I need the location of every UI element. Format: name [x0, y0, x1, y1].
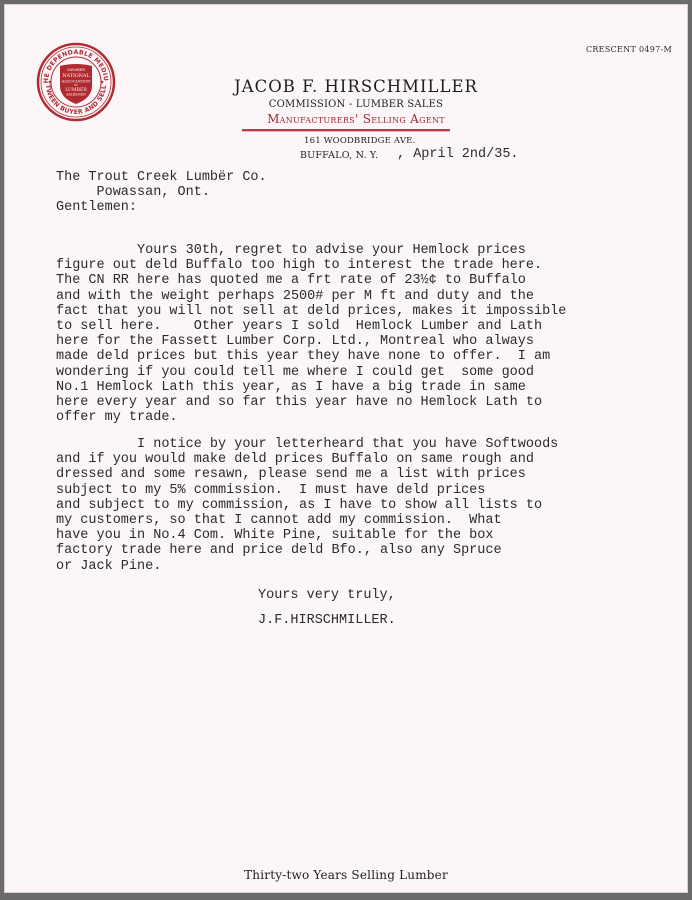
- letterhead-agent-line: Manufacturers' Selling Agent: [14, 112, 692, 126]
- recipient-block: The Trout Creek Lumbër Co. Powassan, Ont…: [56, 170, 267, 216]
- letterhead-rule: [242, 129, 450, 132]
- letter-date: , April 2nd/35.: [397, 147, 519, 162]
- phone-reference: CRESCENT 0497-M: [586, 45, 672, 54]
- signature: J.F.HIRSCHMILLER.: [258, 613, 396, 628]
- body-paragraph-2: I notice by your letterheard that you ha…: [56, 437, 558, 574]
- letterhead-subtitle: COMMISSION - LUMBER SALES: [14, 99, 692, 110]
- letterhead-city: BUFFALO, N. Y.: [300, 150, 378, 161]
- footer-tagline: Thirty-two Years Selling Lumber: [4, 868, 688, 882]
- body-paragraph-1: Yours 30th, regret to advise your Hemloc…: [56, 243, 566, 425]
- letterhead-name: JACOB F. HIRSCHMILLER: [14, 77, 692, 96]
- svg-text:MEMBER: MEMBER: [67, 68, 85, 72]
- closing: Yours very truly,: [258, 588, 396, 603]
- letter-page: THE DEPENDABLE MEDIUM BETWEEN BUYER AND …: [4, 4, 688, 893]
- letterhead-street: 161 WOODBRIDGE AVE.: [304, 136, 416, 146]
